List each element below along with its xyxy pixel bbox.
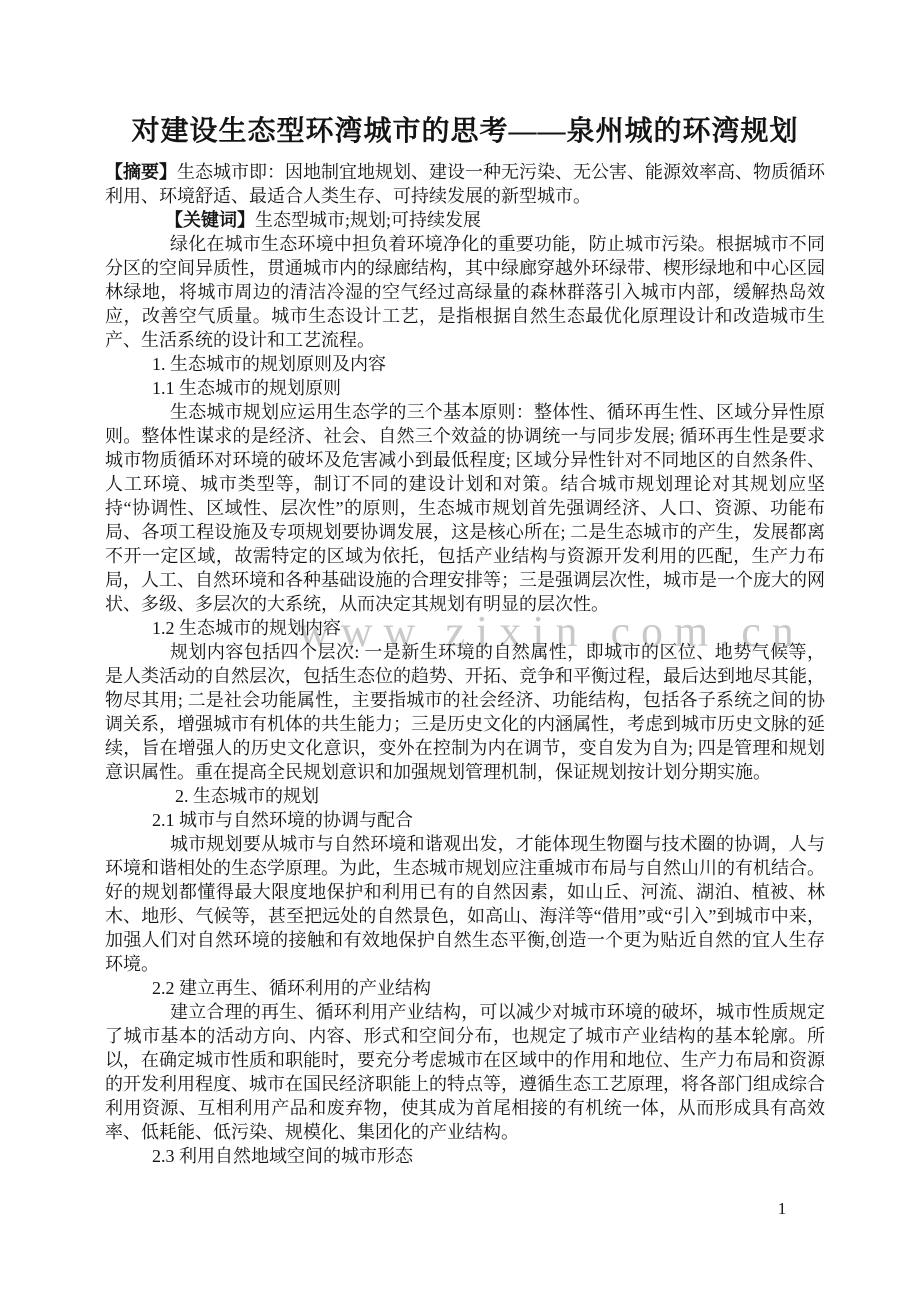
keywords-paragraph: 【关键词】生态型城市;规划;可持续发展 [105,208,825,232]
section-heading: 2. 生态城市的规划 [105,784,825,808]
body-paragraph: 建立合理的再生、循环利用产业结构，可以减少对城市环境的破坏，城市性质规定了城市基… [105,1000,825,1144]
abstract-label: 【摘要】 [105,162,177,182]
document-content: 对建设生态型环湾城市的思考——泉州城的环湾规划 【摘要】生态城市即：因地制宜地规… [105,112,825,1168]
body-paragraph: 绿化在城市生态环境中担负着环境净化的重要功能，防止城市污染。根据城市不同分区的空… [105,232,825,352]
keywords-label: 【关键词】 [165,210,255,230]
section-heading: 2.3 利用自然地域空间的城市形态 [105,1144,825,1168]
section-heading: 1.1 生态城市的规划原则 [105,376,825,400]
abstract-paragraph: 【摘要】生态城市即：因地制宜地规划、建设一种无污染、无公害、能源效率高、物质循环… [105,160,825,208]
body-paragraph: 生态城市规划应运用生态学的三个基本原则：整体性、循环再生性、区域分异性原则。整体… [105,400,825,616]
section-heading: 2.1 城市与自然环境的协调与配合 [105,808,825,832]
page-number: 1 [770,1198,794,1220]
body-paragraph: 城市规划要从城市与自然环境和谐观出发，才能体现生物圈与技术圈的协调，人与环境和谐… [105,832,825,976]
section-heading: 2.2 建立再生、循环利用的产业结构 [105,976,825,1000]
keywords-text: 生态型城市;规划;可持续发展 [255,210,481,230]
document-page: www.zixin.com.cn 对建设生态型环湾城市的思考——泉州城的环湾规划… [0,0,920,1302]
paragraph-list: 绿化在城市生态环境中担负着环境净化的重要功能，防止城市污染。根据城市不同分区的空… [105,232,825,1168]
section-heading: 1. 生态城市的规划原则及内容 [105,352,825,376]
section-heading: 1.2 生态城市的规划内容 [105,616,825,640]
body-paragraph: 规划内容包括四个层次: 一是新生环境的自然属性，即城市的区位、地势气候等，是人类… [105,640,825,784]
document-title: 对建设生态型环湾城市的思考——泉州城的环湾规划 [105,112,825,152]
abstract-text: 生态城市即：因地制宜地规划、建设一种无污染、无公害、能源效率高、物质循环利用、环… [105,162,825,206]
